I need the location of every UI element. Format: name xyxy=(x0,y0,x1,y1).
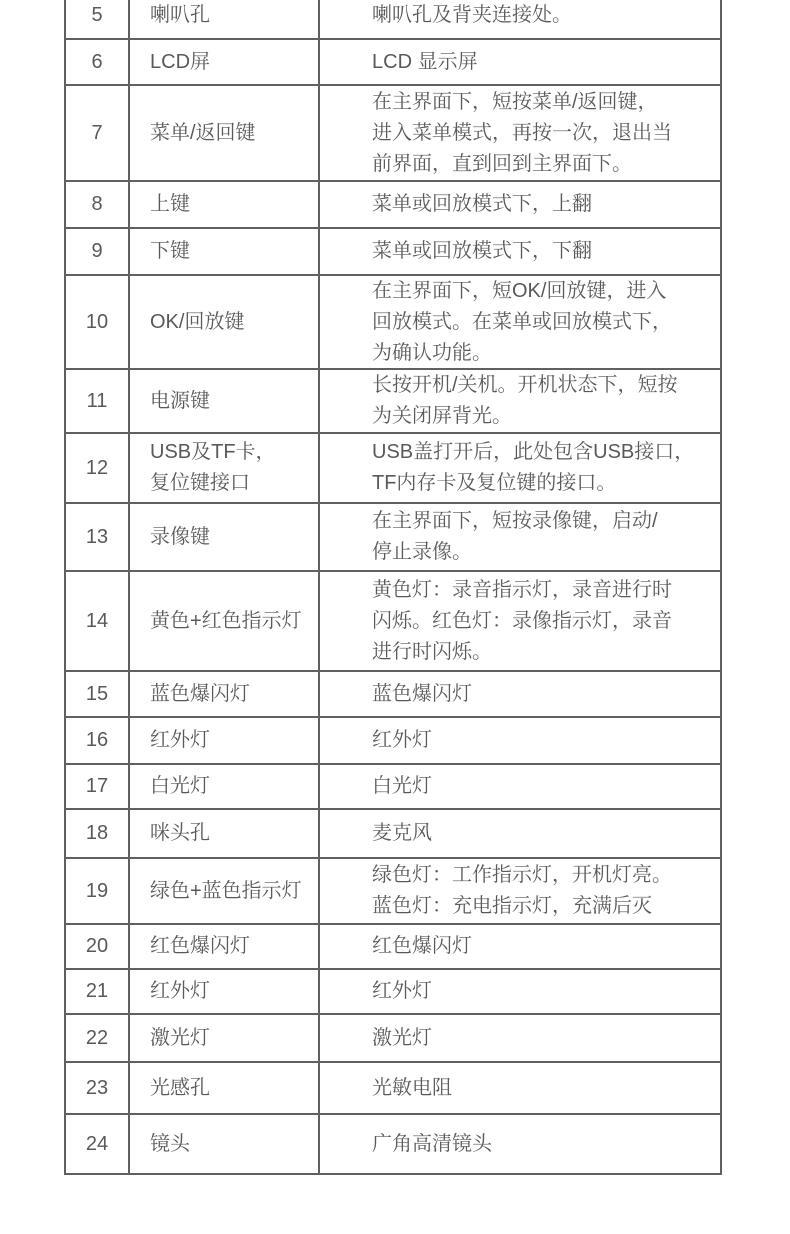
part-description-cell: 长按开机/关机。开机状态下，短按 为关闭屏背光。 xyxy=(320,370,720,432)
part-description-cell: 喇叭孔及背夹连接处。 xyxy=(320,0,720,38)
part-name-cell: 喇叭孔 xyxy=(130,0,320,38)
part-description-cell: 黄色灯：录音指示灯，录音进行时 闪烁。红色灯：录像指示灯，录音 进行时闪烁。 xyxy=(320,572,720,670)
part-description-cell: 在主界面下，短OK/回放键，进入 回放模式。在菜单或回放模式下， 为确认功能。 xyxy=(320,276,720,368)
table-row: 5 喇叭孔 喇叭孔及背夹连接处。 xyxy=(66,0,720,40)
row-number-cell: 12 xyxy=(66,434,130,502)
part-name-cell: 上键 xyxy=(130,182,320,227)
part-name-cell: 菜单/返回键 xyxy=(130,86,320,180)
part-description-cell: 白光灯 xyxy=(320,765,720,808)
part-name-cell: 下键 xyxy=(130,229,320,274)
part-name-cell: 红外灯 xyxy=(130,718,320,763)
row-number-cell: 20 xyxy=(66,925,130,968)
table-row: 11 电源键 长按开机/关机。开机状态下，短按 为关闭屏背光。 xyxy=(66,370,720,434)
table-row: 9 下键 菜单或回放模式下，下翻 xyxy=(66,229,720,276)
table-row: 17 白光灯 白光灯 xyxy=(66,765,720,810)
row-number-cell: 15 xyxy=(66,672,130,716)
row-number-cell: 16 xyxy=(66,718,130,763)
row-number-cell: 22 xyxy=(66,1015,130,1061)
part-description-cell: 广角高清镜头 xyxy=(320,1115,720,1173)
row-number-cell: 19 xyxy=(66,859,130,923)
table-row: 7 菜单/返回键 在主界面下，短按菜单/返回键， 进入菜单模式，再按一次，退出当… xyxy=(66,86,720,182)
part-description-cell: 绿色灯：工作指示灯，开机灯亮。 蓝色灯：充电指示灯，充满后灭 xyxy=(320,859,720,923)
row-number-cell: 10 xyxy=(66,276,130,368)
part-description-cell: 红色爆闪灯 xyxy=(320,925,720,968)
row-number-cell: 13 xyxy=(66,504,130,570)
table-row: 18 咪头孔 麦克风 xyxy=(66,810,720,859)
row-number-cell: 14 xyxy=(66,572,130,670)
table-row: 21 红外灯 红外灯 xyxy=(66,970,720,1015)
table-row: 22 激光灯 激光灯 xyxy=(66,1015,720,1063)
part-name-cell: 电源键 xyxy=(130,370,320,432)
part-name-cell: 白光灯 xyxy=(130,765,320,808)
table-row: 6 LCD屏 LCD 显示屏 xyxy=(66,40,720,86)
part-description-cell: 菜单或回放模式下，上翻 xyxy=(320,182,720,227)
part-description-cell: 蓝色爆闪灯 xyxy=(320,672,720,716)
page: { "colors": { "border": "#606060", "text… xyxy=(0,0,790,1234)
part-description-cell: 激光灯 xyxy=(320,1015,720,1061)
part-description-cell: 麦克风 xyxy=(320,810,720,857)
row-number-cell: 6 xyxy=(66,40,130,84)
part-name-cell: 红外灯 xyxy=(130,970,320,1013)
part-description-cell: 在主界面下，短按菜单/返回键， 进入菜单模式，再按一次，退出当 前界面，直到回到… xyxy=(320,86,720,180)
part-name-cell: 激光灯 xyxy=(130,1015,320,1061)
table-row: 15 蓝色爆闪灯 蓝色爆闪灯 xyxy=(66,672,720,718)
part-description-cell: 光敏电阻 xyxy=(320,1063,720,1113)
part-description-cell: 红外灯 xyxy=(320,970,720,1013)
row-number-cell: 9 xyxy=(66,229,130,274)
table-row: 8 上键 菜单或回放模式下，上翻 xyxy=(66,182,720,229)
row-number-cell: 21 xyxy=(66,970,130,1013)
table-row: 16 红外灯 红外灯 xyxy=(66,718,720,765)
part-name-cell: USB及TF卡， 复位键接口 xyxy=(130,434,320,502)
table-row: 23 光感孔 光敏电阻 xyxy=(66,1063,720,1115)
row-number-cell: 17 xyxy=(66,765,130,808)
table-row: 24 镜头 广角高清镜头 xyxy=(66,1115,720,1173)
row-number-cell: 18 xyxy=(66,810,130,857)
table-row: 10 OK/回放键 在主界面下，短OK/回放键，进入 回放模式。在菜单或回放模式… xyxy=(66,276,720,370)
row-number-cell: 11 xyxy=(66,370,130,432)
table-row: 13 录像键 在主界面下，短按录像键，启动/ 停止录像。 xyxy=(66,504,720,572)
part-name-cell: 蓝色爆闪灯 xyxy=(130,672,320,716)
part-name-cell: 绿色+蓝色指示灯 xyxy=(130,859,320,923)
part-name-cell: 红色爆闪灯 xyxy=(130,925,320,968)
part-description-cell: 菜单或回放模式下，下翻 xyxy=(320,229,720,274)
table-row: 14 黄色+红色指示灯 黄色灯：录音指示灯，录音进行时 闪烁。红色灯：录像指示灯… xyxy=(66,572,720,672)
part-description-cell: 在主界面下，短按录像键，启动/ 停止录像。 xyxy=(320,504,720,570)
row-number-cell: 23 xyxy=(66,1063,130,1113)
row-number-cell: 8 xyxy=(66,182,130,227)
row-number-cell: 7 xyxy=(66,86,130,180)
table-row: 12 USB及TF卡， 复位键接口 USB盖打开后，此处包含USB接口， TF内… xyxy=(66,434,720,504)
table-row: 20 红色爆闪灯 红色爆闪灯 xyxy=(66,925,720,970)
part-description-cell: 红外灯 xyxy=(320,718,720,763)
part-description-cell: USB盖打开后，此处包含USB接口， TF内存卡及复位键的接口。 xyxy=(320,434,720,502)
part-name-cell: 镜头 xyxy=(130,1115,320,1173)
row-number-cell: 24 xyxy=(66,1115,130,1173)
part-name-cell: 录像键 xyxy=(130,504,320,570)
table-row: 19 绿色+蓝色指示灯 绿色灯：工作指示灯，开机灯亮。 蓝色灯：充电指示灯，充满… xyxy=(66,859,720,925)
part-description-cell: LCD 显示屏 xyxy=(320,40,720,84)
part-name-cell: 黄色+红色指示灯 xyxy=(130,572,320,670)
part-name-cell: 咪头孔 xyxy=(130,810,320,857)
device-parts-table: 5 喇叭孔 喇叭孔及背夹连接处。 6 LCD屏 LCD 显示屏 7 菜单/返回键… xyxy=(64,0,722,1175)
part-name-cell: 光感孔 xyxy=(130,1063,320,1113)
part-name-cell: OK/回放键 xyxy=(130,276,320,368)
part-name-cell: LCD屏 xyxy=(130,40,320,84)
row-number-cell: 5 xyxy=(66,0,130,38)
